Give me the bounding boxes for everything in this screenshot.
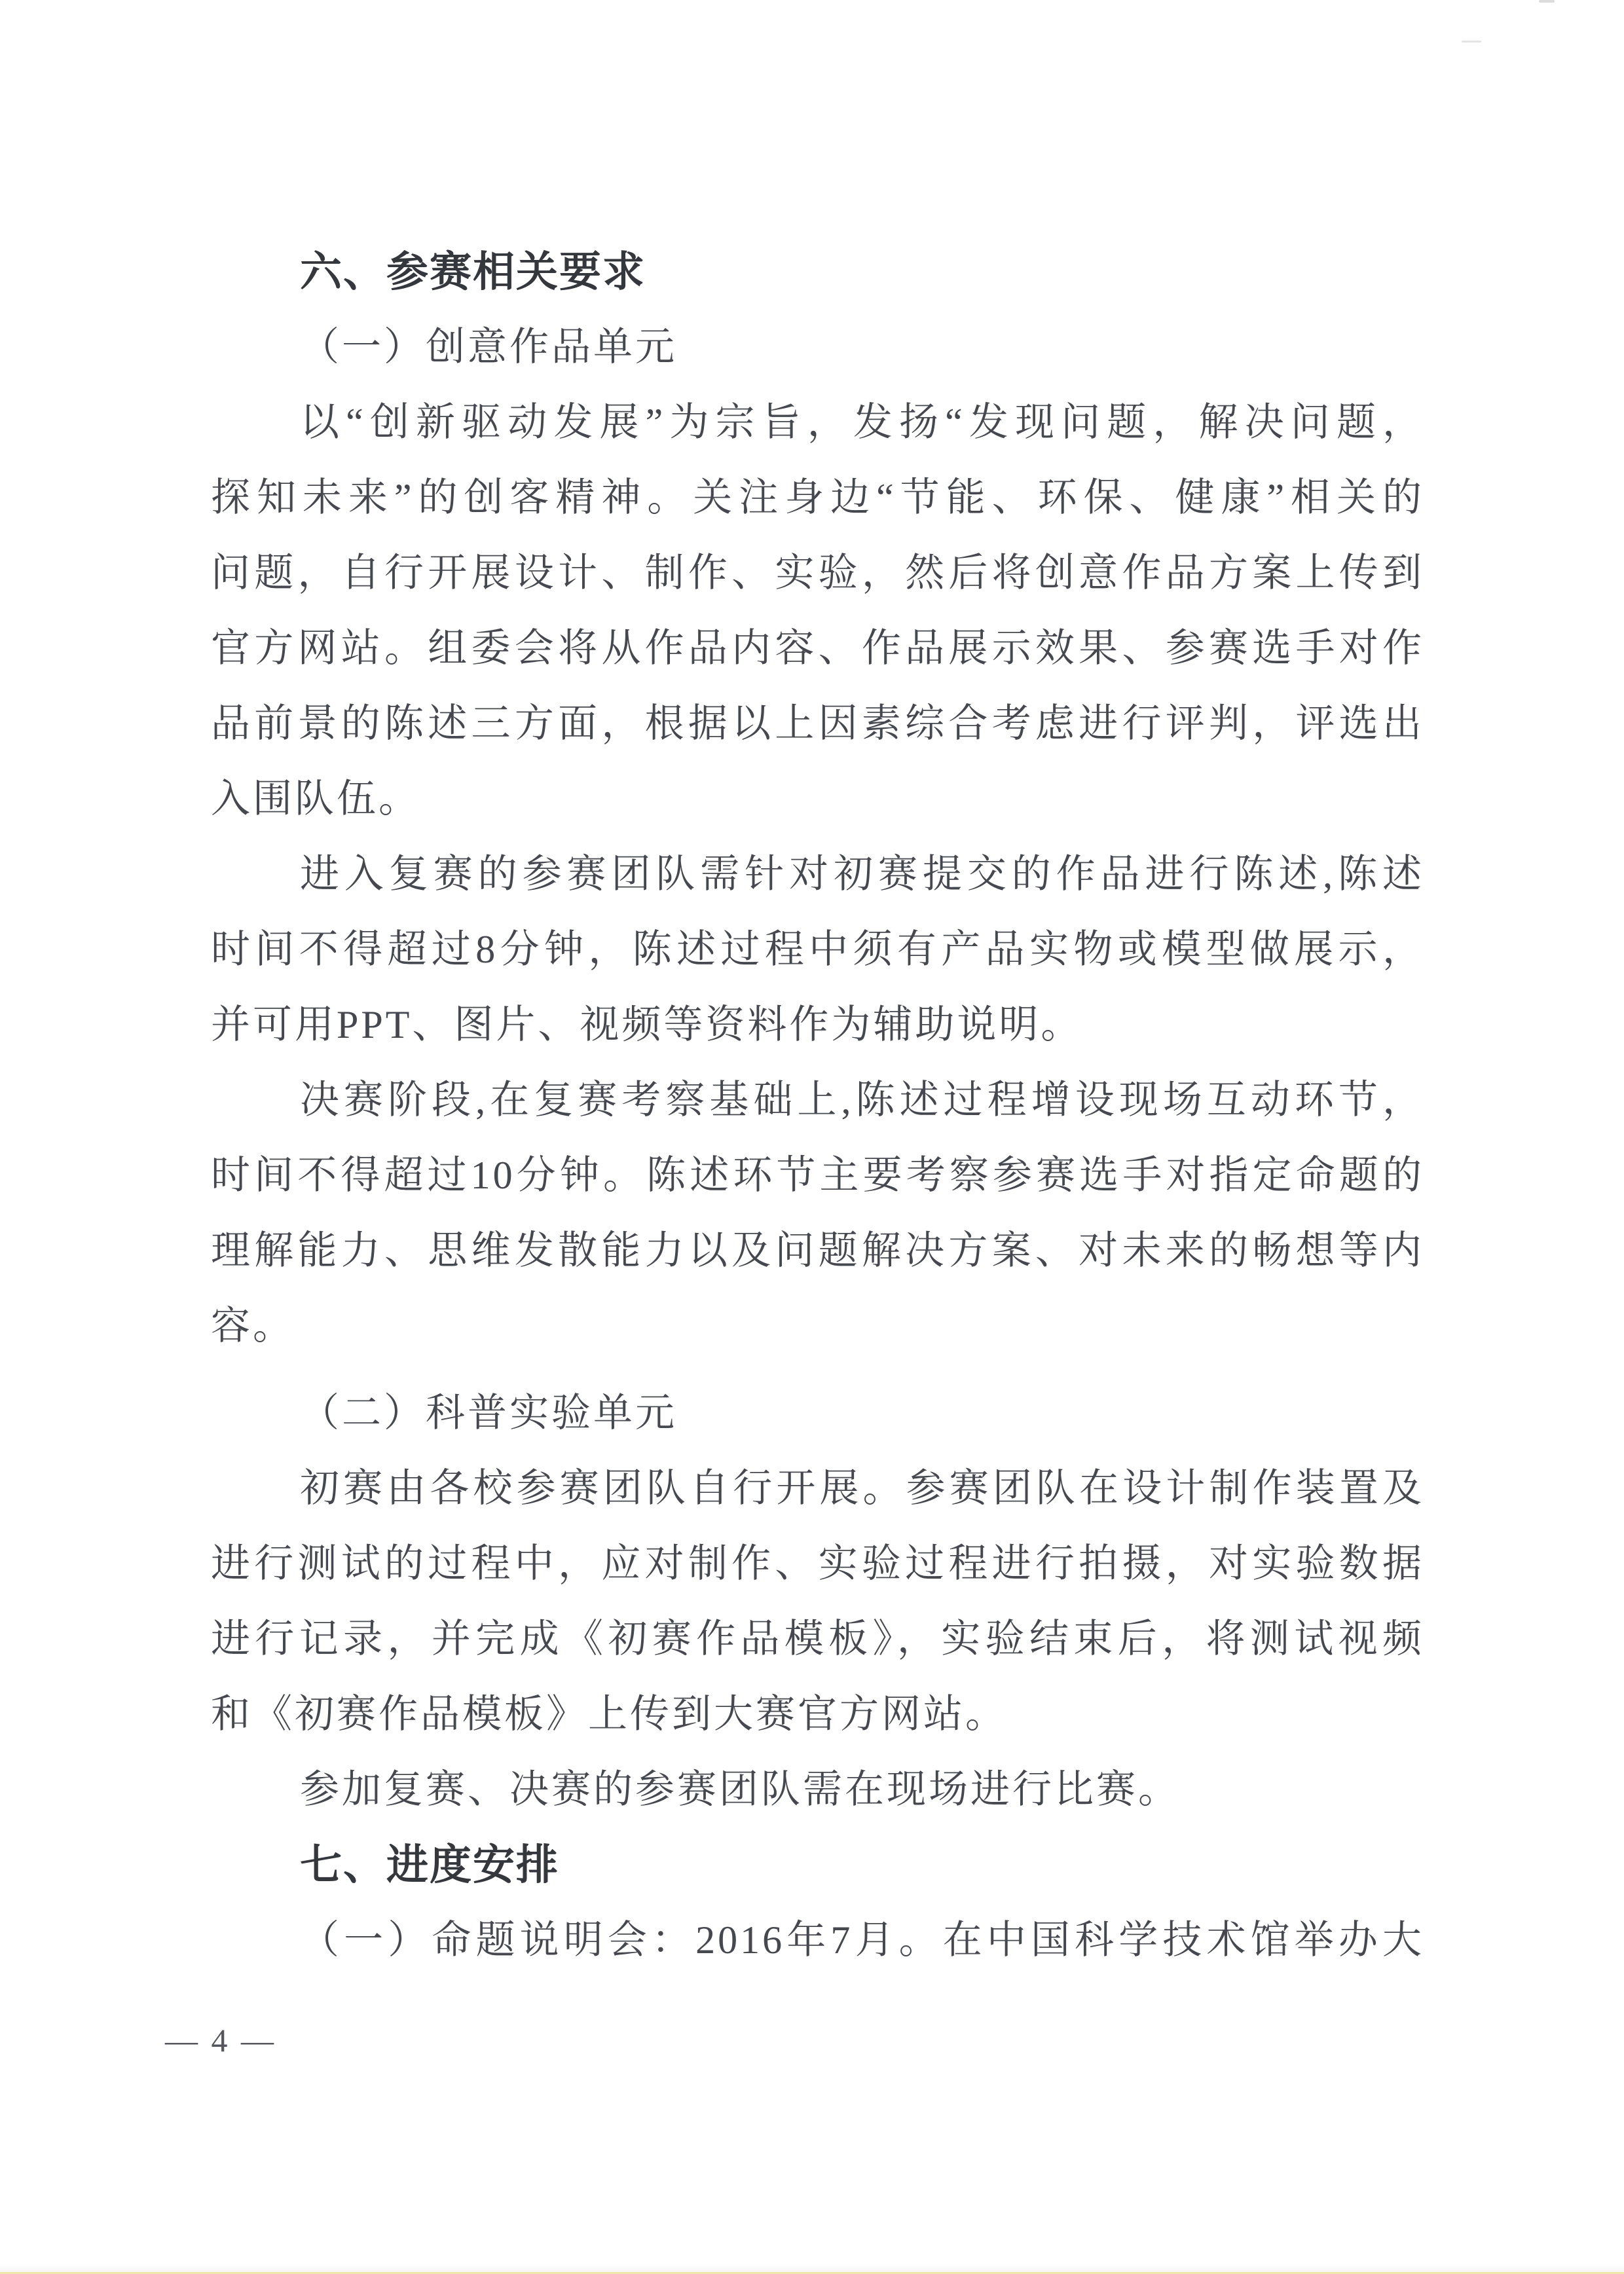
unit1-heading: （一）创意作品单元 (211, 310, 1424, 385)
unit2-heading: （二）科普实验单元 (211, 1376, 1424, 1451)
paragraph-line: 理解能力、思维发散能力以及问题解决方案、对未来的畅想等内 (211, 1213, 1424, 1289)
paragraph-line: 品前景的陈述三方面，根据以上因素综合考虑进行评判，评选出 (211, 686, 1424, 761)
scan-speck (1462, 41, 1481, 43)
section7-heading: 七、进度安排 (211, 1827, 1424, 1903)
paragraph-line: 问题，自行开展设计、制作、实验，然后将创意作品方案上传到 (211, 536, 1424, 611)
paragraph-line: 进行记录，并完成《初赛作品模板》，实验结束后，将测试视频 (211, 1602, 1424, 1677)
scanned-document-page: 六、参赛相关要求 （一）创意作品单元 以“创新驱动发展”为宗旨，发扬“发现问题，… (0, 0, 1624, 2274)
paragraph-line: 决赛阶段,在复赛考察基础上,陈述过程增设现场互动环节， (211, 1063, 1424, 1138)
page-number: — 4 — (165, 2021, 276, 2060)
section6-heading: 六、参赛相关要求 (211, 234, 1424, 310)
paragraph-line: 参加复赛、决赛的参赛团队需在现场进行比赛。 (211, 1752, 1424, 1827)
paragraph-line: 时间不得超过10分钟。陈述环节主要考察参赛选手对指定命题的 (211, 1138, 1424, 1213)
paragraph-line: 初赛由各校参赛团队自行开展。参赛团队在设计制作装置及 (211, 1451, 1424, 1526)
paragraph-line: 进入复赛的参赛团队需针对初赛提交的作品进行陈述,陈述 (211, 837, 1424, 912)
paragraph-line: 探知未来”的创客精神。关注身边“节能、环保、健康”相关的 (211, 460, 1424, 536)
paragraph-line: 官方网站。组委会将从作品内容、作品展示效果、参赛选手对作 (211, 611, 1424, 686)
paragraph-line: （一）命题说明会：2016年7月。在中国科学技术馆举办大 (211, 1903, 1424, 1978)
paragraph-line: 容。 (211, 1289, 1424, 1364)
paragraph-line: 时间不得超过8分钟，陈述过程中须有产品实物或模型做展示， (211, 912, 1424, 987)
document-body: 六、参赛相关要求 （一）创意作品单元 以“创新驱动发展”为宗旨，发扬“发现问题，… (211, 234, 1424, 1978)
paragraph-line: 和《初赛作品模板》上传到大赛官方网站。 (211, 1677, 1424, 1752)
paragraph-line: 并可用PPT、图片、视频等资料作为辅助说明。 (211, 987, 1424, 1063)
scan-speck (1539, 0, 1555, 3)
paragraph-line: 进行测试的过程中，应对制作、实验过程进行拍摄，对实验数据 (211, 1526, 1424, 1602)
paragraph-line: 入围队伍。 (211, 761, 1424, 837)
paragraph-line: 以“创新驱动发展”为宗旨，发扬“发现问题，解决问题， (211, 385, 1424, 460)
